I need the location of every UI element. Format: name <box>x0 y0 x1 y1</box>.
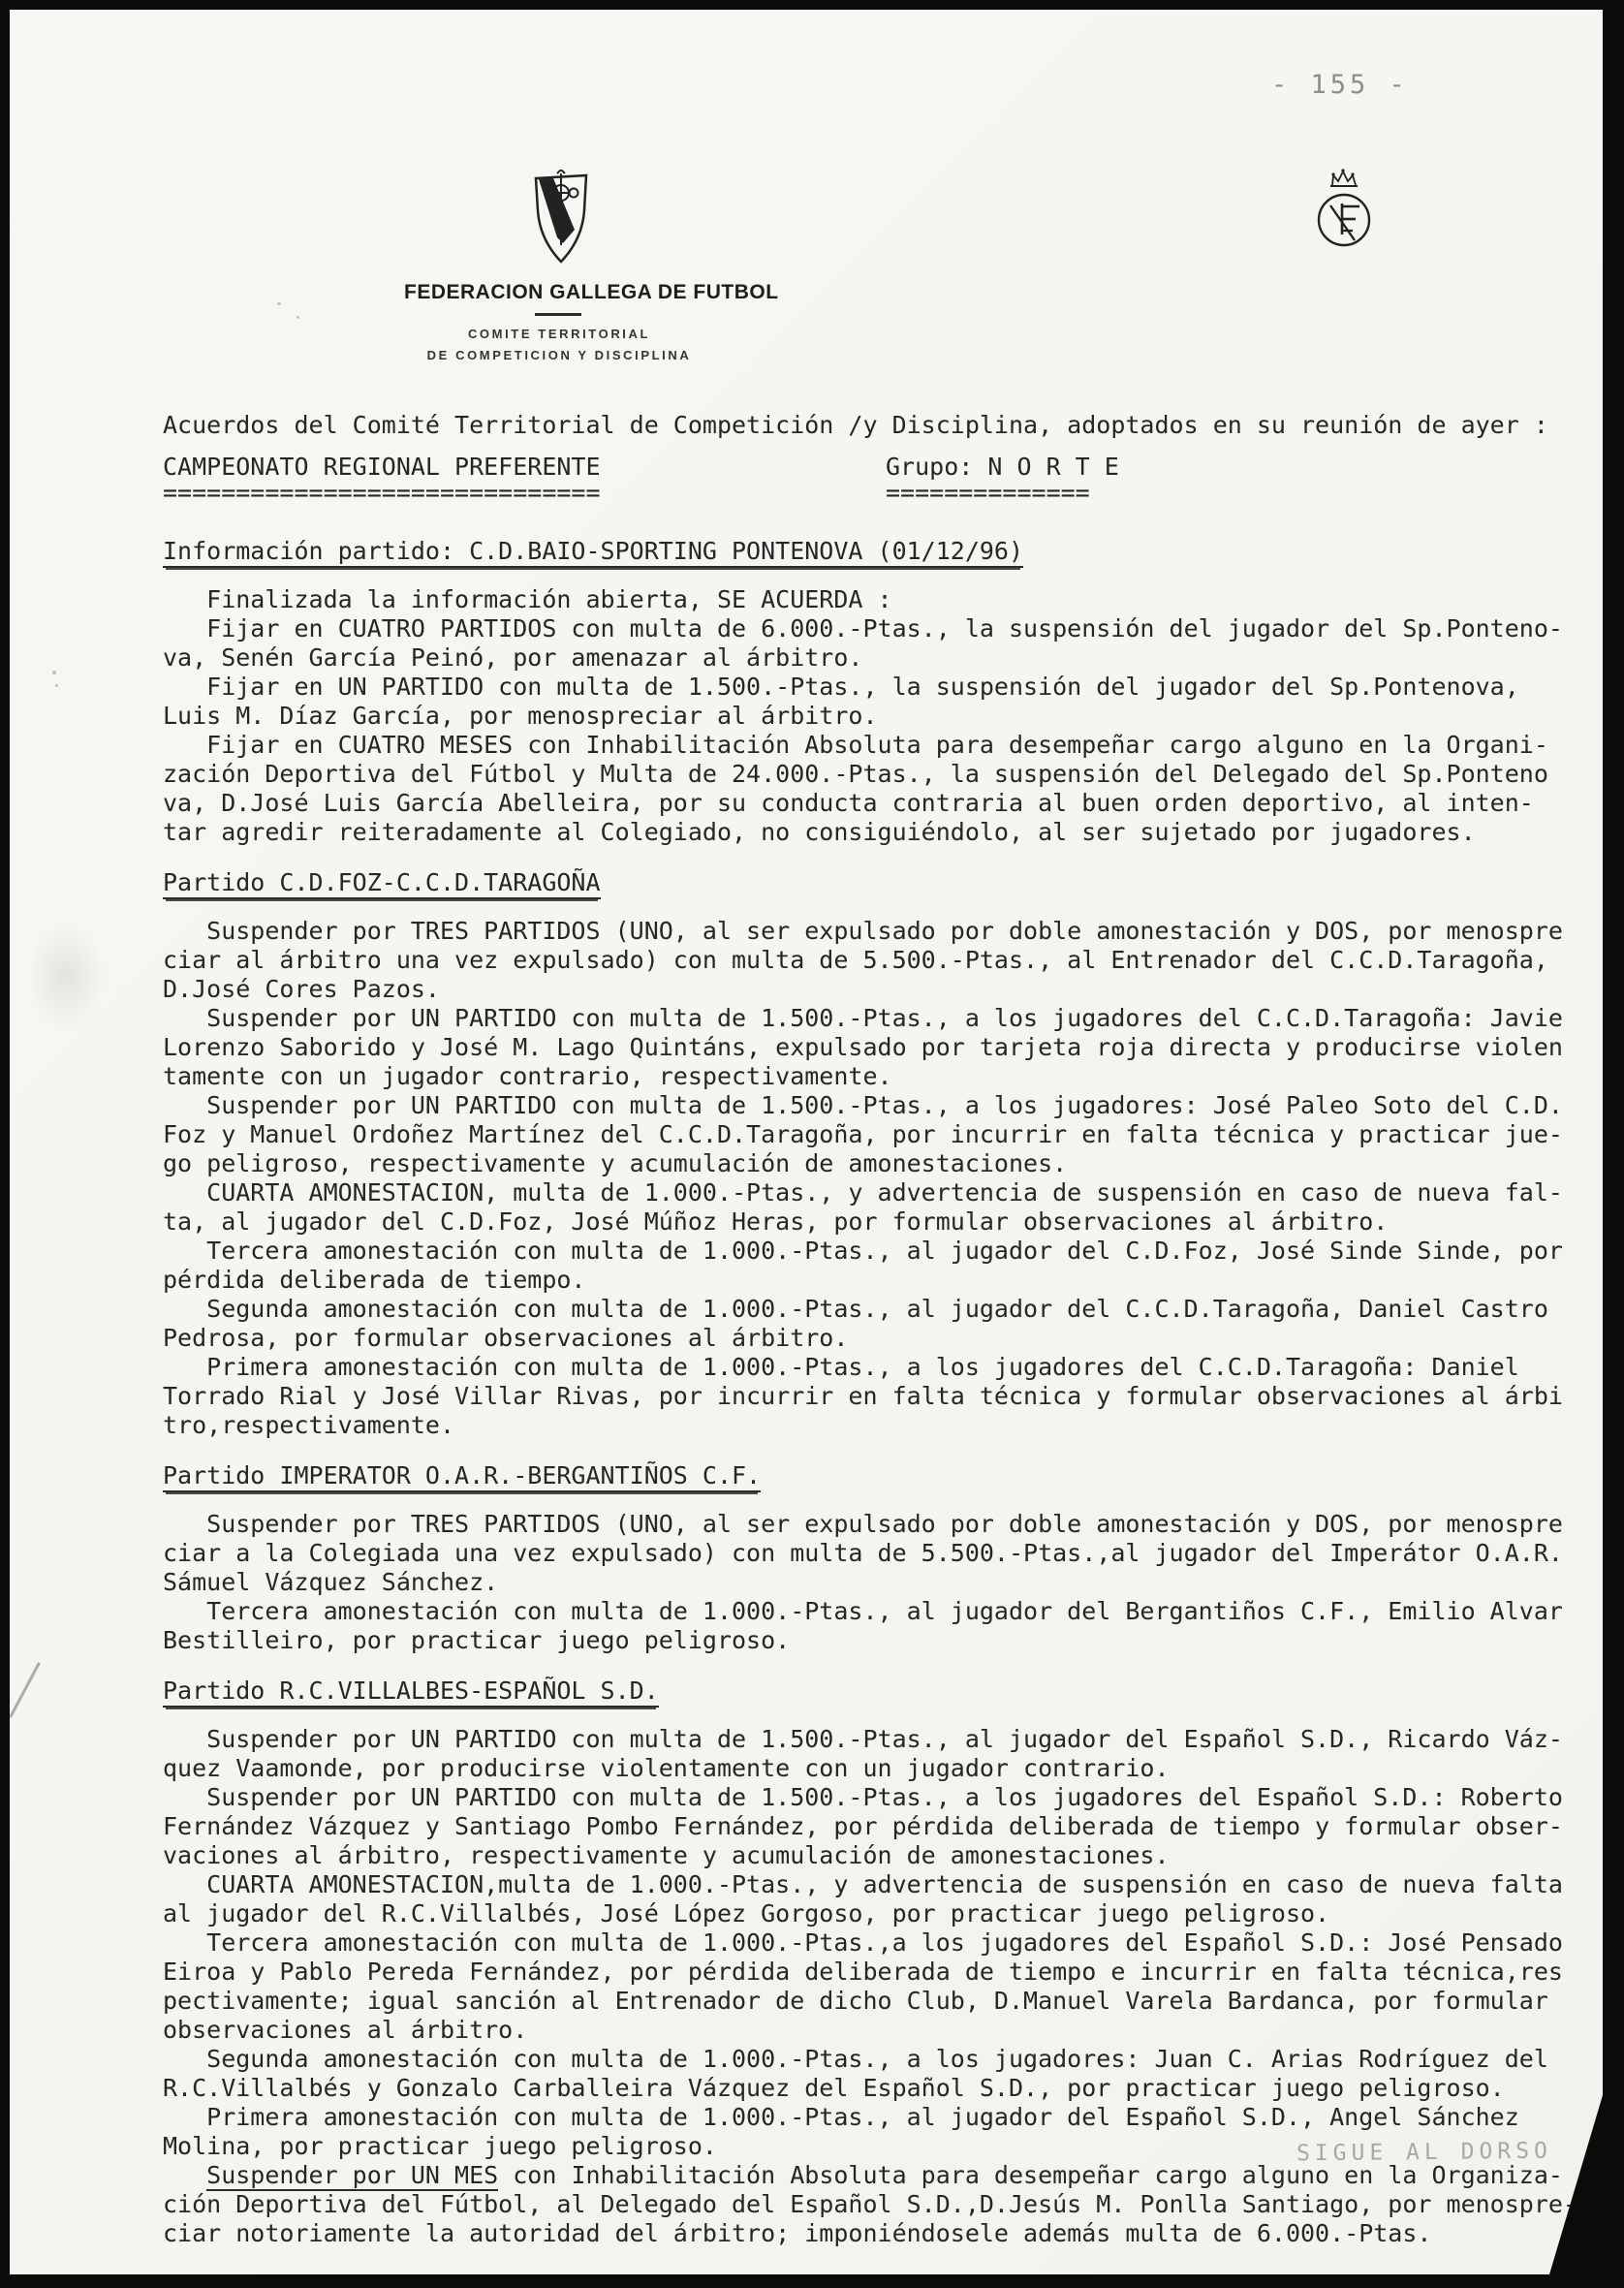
scan-artifact <box>55 684 58 687</box>
text-line: Primera amonestación con multa de 1.000.… <box>163 1353 1595 1382</box>
scan-artifact <box>52 671 56 674</box>
text-line: Tercera amonestación con multa de 1.000.… <box>163 1237 1595 1266</box>
text-line: Suspender por UN PARTIDO con multa de 1.… <box>163 1091 1595 1120</box>
section-heading-text: Información partido: C.D.BAIO-SPORTING P… <box>163 537 1023 568</box>
text-line: Tercera amonestación con multa de 1.000.… <box>163 1928 1595 1958</box>
scan-corner-shadow <box>1549 2095 1603 2274</box>
continues-overleaf-note: SIGUE AL DORSO <box>1296 2139 1552 2167</box>
scan-border-left <box>0 0 10 2288</box>
section-heading: Partido C.D.FOZ-C.C.D.TARAGOÑA <box>163 868 1595 897</box>
text-line: observaciones al árbitro. <box>163 2016 1595 2045</box>
text-line: tamente con un jugador contrario, respec… <box>163 1062 1595 1091</box>
text-line: Suspender por UN PARTIDO con multa de 1.… <box>163 1725 1595 1754</box>
text-line: Fijar en CUATRO PARTIDOS con multa de 6.… <box>163 614 1595 643</box>
letterhead-title: FEDERACION GALLEGA DE FUTBOL <box>404 281 714 304</box>
document-body: Acuerdos del Comité Territorial de Compe… <box>163 411 1595 2248</box>
scan-border-right <box>1603 0 1624 2288</box>
championship-group-block: Grupo: N O R T E ============== <box>886 454 1119 506</box>
text-line: Eiroa y Pablo Pereda Fernández, por pérd… <box>163 1958 1595 1987</box>
section-heading: Partido IMPERATOR O.A.R.-BERGANTIÑOS C.F… <box>163 1461 1595 1490</box>
text-line: Segunda amonestación con multa de 1.000.… <box>163 2045 1595 2074</box>
text-line: ciar a la Colegiada una vez expulsado) c… <box>163 1539 1595 1568</box>
scan-border-bottom <box>0 2274 1624 2288</box>
text-line: Suspender por TRES PARTIDOS (UNO, al ser… <box>163 1510 1595 1539</box>
text-line: Bestilleiro, por practicar juego peligro… <box>163 1626 1595 1655</box>
championship-name: CAMPEONATO REGIONAL PREFERENTE <box>163 454 601 480</box>
page-number: - 155 - <box>1271 70 1409 100</box>
text-line: pérdida deliberada de tiempo. <box>163 1266 1595 1295</box>
text-line: quez Vaamonde, por producirse violentame… <box>163 1754 1595 1783</box>
text-line: Suspender por TRES PARTIDOS (UNO, al ser… <box>163 917 1595 946</box>
text-line: go peligroso, respectivamente y acumulac… <box>163 1149 1595 1178</box>
underlined-text: Suspender por UN MES <box>206 2161 498 2191</box>
text-line: va, Senén García Peinó, por amenazar al … <box>163 643 1595 673</box>
letterhead-divider <box>535 313 581 316</box>
text-line: tar agredir reiteradamente al Colegiado,… <box>163 818 1595 847</box>
scan-border-top <box>0 0 1624 10</box>
text-line: ta, al jugador del C.D.Foz, José Múñoz H… <box>163 1207 1595 1237</box>
text-line: Pedrosa, por formular observaciones al á… <box>163 1324 1595 1353</box>
text-line: Suspender por UN PARTIDO con multa de 1.… <box>163 1783 1595 1812</box>
text-line: Sámuel Vázquez Sánchez. <box>163 1568 1595 1597</box>
text-line: CUARTA AMONESTACION,multa de 1.000.-Ptas… <box>163 1870 1595 1899</box>
text-line: Fijar en CUATRO MESES con Inhabilitación… <box>163 731 1595 760</box>
text-line: pectivamente; igual sanción al Entrenado… <box>163 1987 1595 2016</box>
section-heading: Información partido: C.D.BAIO-SPORTING P… <box>163 537 1595 566</box>
text-line: ciar notoriamente la autoridad del árbit… <box>163 2219 1595 2248</box>
text-line: ción Deportiva del Fútbol, al Delegado d… <box>163 2190 1595 2219</box>
scan-smudge <box>27 923 105 1029</box>
text-line: CUARTA AMONESTACION, multa de 1.000.-Pta… <box>163 1178 1595 1207</box>
text-line: Suspender por UN MES con Inhabilitación … <box>163 2161 1595 2190</box>
text-line: Fijar en UN PARTIDO con multa de 1.500.-… <box>163 673 1595 702</box>
text-line: Finalizada la información abierta, SE AC… <box>163 585 1595 614</box>
scan-artifact <box>297 316 299 319</box>
championship-name-block: CAMPEONATO REGIONAL PREFERENTE =========… <box>163 454 601 506</box>
text-line: tro,respectivamente. <box>163 1411 1595 1440</box>
federation-shield-icon <box>530 170 592 270</box>
text-line: D.José Cores Pazos. <box>163 975 1595 1004</box>
text-line: va, D.José Luis García Abelleira, por su… <box>163 789 1595 818</box>
text-line: Primera amonestación con multa de 1.000.… <box>163 2103 1595 2132</box>
royal-federation-crest-icon <box>1316 167 1376 260</box>
scan-artifact <box>277 302 281 305</box>
text-line: Segunda amonestación con multa de 1.000.… <box>163 1295 1595 1324</box>
letterhead-subtitle-1: COMITE TERRITORIAL <box>404 327 714 341</box>
rulings-sections: Información partido: C.D.BAIO-SPORTING P… <box>163 537 1595 2248</box>
intro-line: Acuerdos del Comité Territorial de Compe… <box>163 411 1595 440</box>
scanned-document-page: - 155 - FEDERACION GALLEGA DE FUTBOL COM… <box>0 0 1624 2288</box>
text-line: R.C.Villalbés y Gonzalo Carballeira Vázq… <box>163 2074 1595 2103</box>
championship-group: Grupo: N O R T E <box>886 454 1119 480</box>
section-heading-text: Partido R.C.VILLALBES-ESPAÑOL S.D. <box>163 1677 659 1708</box>
section-heading-text: Partido C.D.FOZ-C.C.D.TARAGOÑA <box>163 868 601 899</box>
text-line: Lorenzo Saborido y José M. Lago Quintáns… <box>163 1033 1595 1062</box>
championship-row: CAMPEONATO REGIONAL PREFERENTE =========… <box>163 454 1595 516</box>
text-line: Suspender por UN PARTIDO con multa de 1.… <box>163 1004 1595 1033</box>
text-line: zación Deportiva del Fútbol y Multa de 2… <box>163 760 1595 789</box>
text-line: Tercera amonestación con multa de 1.000.… <box>163 1597 1595 1626</box>
text-line: Fernández Vázquez y Santiago Pombo Ferná… <box>163 1812 1595 1841</box>
text-line: ciar al árbitro una vez expulsado) con m… <box>163 946 1595 975</box>
letterhead-subtitle-2: DE COMPETICION Y DISCIPLINA <box>385 348 734 362</box>
text-line: Luis M. Díaz García, por menospreciar al… <box>163 702 1595 731</box>
section-heading-text: Partido IMPERATOR O.A.R.-BERGANTIÑOS C.F… <box>163 1461 761 1492</box>
section-heading: Partido R.C.VILLALBES-ESPAÑOL S.D. <box>163 1677 1595 1706</box>
championship-group-underline: ============== <box>886 480 1119 506</box>
text-line: Torrado Rial y José Villar Rivas, por in… <box>163 1382 1595 1411</box>
championship-name-underline: ============================== <box>163 480 601 506</box>
text-line: Foz y Manuel Ordoñez Martínez del C.C.D.… <box>163 1120 1595 1149</box>
text-line: al jugador del R.C.Villalbés, José López… <box>163 1899 1595 1928</box>
text-line: vaciones al árbitro, respectivamente y a… <box>163 1841 1595 1870</box>
